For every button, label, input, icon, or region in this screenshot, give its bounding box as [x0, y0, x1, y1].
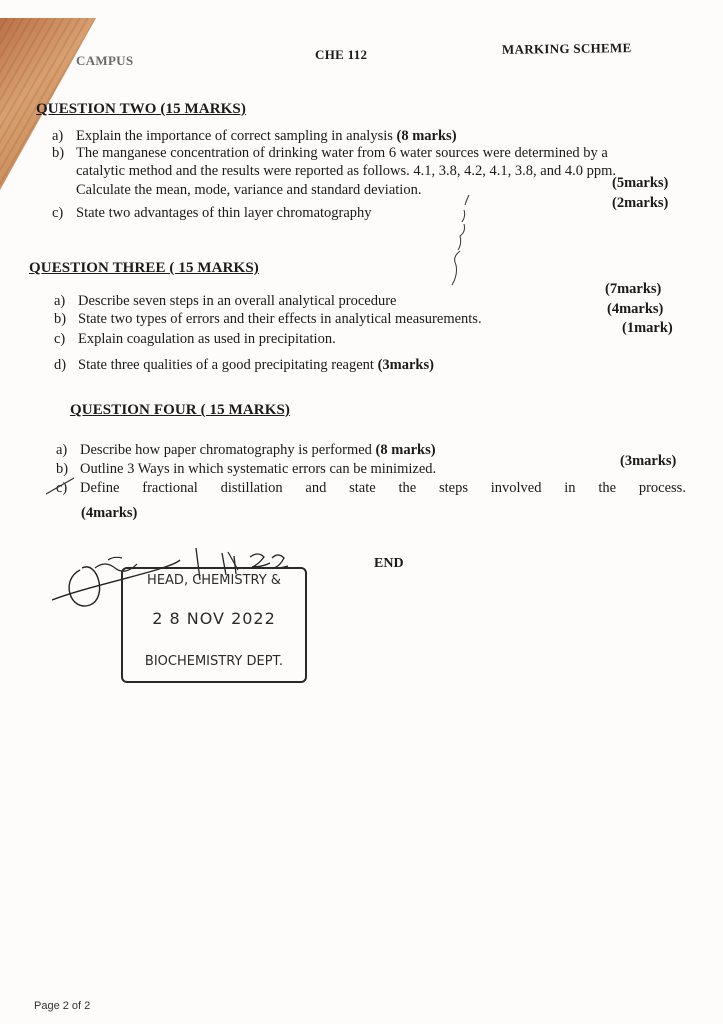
word: distillation	[221, 480, 283, 497]
page-number: Page 2 of 2	[34, 1000, 90, 1012]
q2-item-b-marks: (5marks)	[612, 175, 668, 192]
q4-item-b-marks: (3marks)	[620, 453, 676, 470]
q4-item-c-text: Definefractionaldistillationandstatethes…	[80, 480, 686, 497]
word: fractional	[142, 480, 198, 497]
question-four-heading: QUESTION FOUR ( 15 MARKS)	[70, 402, 290, 419]
document-type: MARKING SCHEME	[502, 40, 632, 58]
word: the	[398, 480, 416, 497]
word: Define	[80, 480, 119, 497]
word: involved	[491, 480, 542, 497]
q3-item-b: b)State two types of errors and their ef…	[54, 311, 482, 328]
q3-item-a-marks: (7marks)	[605, 281, 661, 298]
q4-item-c: c)Definefractionaldistillationandstateth…	[56, 480, 686, 497]
word: and	[305, 480, 326, 497]
word: process.	[639, 480, 686, 497]
q2-item-c-marks: (2marks)	[612, 195, 668, 212]
q2-item-a: a)Explain the importance of correct samp…	[52, 128, 457, 145]
word: steps	[439, 480, 468, 497]
stamp-line-3: BIOCHEMISTRY DEPT.	[123, 654, 305, 669]
q4-item-b: b)Outline 3 Ways in which systematic err…	[56, 461, 436, 478]
question-three-heading: QUESTION THREE ( 15 MARKS)	[29, 260, 259, 277]
q4-item-a: a)Describe how paper chromatography is p…	[56, 442, 436, 459]
end-marker: END	[374, 556, 404, 572]
stamp-date: 2 8 NOV 2022	[123, 609, 305, 628]
word: state	[349, 480, 376, 497]
q2-item-b-line2: catalytic method and the results were re…	[76, 163, 616, 180]
question-two-heading: QUESTION TWO (15 MARKS)	[36, 101, 246, 118]
q2-item-c: c)State two advantages of thin layer chr…	[52, 205, 372, 222]
q3-item-d: d)State three qualities of a good precip…	[54, 357, 434, 374]
campus-label: CAMPUS	[76, 53, 133, 69]
department-stamp: HEAD, CHEMISTRY & 2 8 NOV 2022 BIOCHEMIS…	[121, 567, 307, 683]
q3-item-a: a)Describe seven steps in an overall ana…	[54, 293, 396, 310]
word: the	[598, 480, 616, 497]
course-code: CHE 112	[315, 47, 367, 63]
q2-item-b: b)The manganese concentration of drinkin…	[52, 145, 608, 162]
q3-item-c-marks: (1mark)	[622, 320, 673, 337]
stamp-line-1: HEAD, CHEMISTRY &	[123, 573, 305, 588]
q3-item-b-marks: (4marks)	[607, 301, 663, 318]
q2-item-b-line3: Calculate the mean, mode, variance and s…	[76, 182, 421, 199]
q3-item-c: c)Explain coagulation as used in precipi…	[54, 331, 336, 348]
exam-page: CAMPUS CHE 112 MARKING SCHEME QUESTION T…	[0, 0, 723, 1024]
q4-item-c-marks: (4marks)	[81, 505, 137, 522]
word: in	[564, 480, 575, 497]
